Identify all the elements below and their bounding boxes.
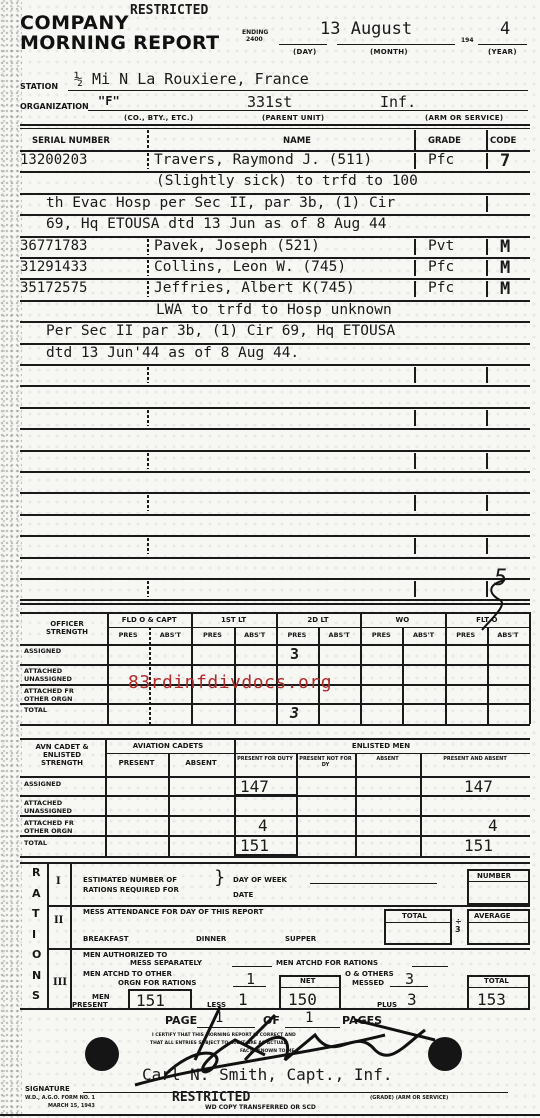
section-roman-2: II <box>54 917 63 925</box>
mess-total-label: TOTAL <box>402 912 427 920</box>
authorized-label-1: MEN AUTHORIZED TO <box>83 951 167 959</box>
remark-line: 69, Hq ETOUSA dtd 13 Jun as of 8 Aug 44 <box>46 216 386 232</box>
roster-row-rule <box>20 407 530 409</box>
year-prefix: 194 <box>461 37 474 45</box>
grade-code-divider <box>486 495 488 511</box>
enlisted-row-label: TOTAL <box>24 839 94 847</box>
rations-section-rule <box>47 948 530 950</box>
roster-row-rule <box>20 364 530 366</box>
atchd-for-rations-field <box>412 966 448 967</box>
report-date: 13 August <box>320 19 412 39</box>
officer-row-label: ATTACHED UNASSIGNED <box>24 667 86 683</box>
rations-roman-divider <box>70 862 72 1008</box>
serial-name-divider <box>147 495 149 511</box>
rations-section-rule <box>47 905 530 907</box>
date-label: DATE <box>233 891 253 899</box>
grade-code-divider <box>486 239 488 255</box>
roster-row-rule <box>20 557 530 559</box>
grade-code-divider <box>486 410 488 426</box>
rations-total-value: 153 <box>477 990 506 1009</box>
officer-row-label: ATTACHED FR OTHER ORGN <box>24 687 86 703</box>
soldier-name: Jeffries, Albert K(745) <box>154 280 355 296</box>
col-header-name: NAME <box>283 137 311 145</box>
officer-column-divider <box>276 612 278 724</box>
name-grade-divider <box>414 367 416 383</box>
officer-row-rule <box>20 664 530 666</box>
enlisted-column-header: ABSENT <box>170 760 232 766</box>
rations-side-letter: S <box>32 992 40 1000</box>
name-grade-divider <box>414 130 416 150</box>
code-value: 7 <box>500 151 510 171</box>
enlisted-row-label: ATTACHED FR OTHER ORGN <box>24 819 94 835</box>
day-of-week-label: DAY OF WEEK <box>233 876 287 884</box>
assigned-present-box <box>234 776 298 796</box>
organization-label: ORGANIZATION <box>20 103 89 111</box>
men-present-label-2: PRESENT <box>72 1001 108 1009</box>
roster-row-rule <box>20 599 530 601</box>
grade-caption: (GRADE) (ARM OR SERVICE) <box>370 1094 448 1102</box>
org-company: "F" <box>98 94 120 108</box>
soldier-name: Pavek, Joseph (521) <box>154 238 320 254</box>
serial-name-divider <box>147 453 149 469</box>
month-underline <box>337 44 455 45</box>
grade-code-divider <box>486 367 488 383</box>
abst-subheader: ABS'T <box>153 631 187 639</box>
soldier-name: Travers, Raymond J. (511) <box>154 152 372 168</box>
abst-subheader: ABS'T <box>406 631 440 639</box>
roster-row-rule <box>20 471 530 473</box>
roster-row-rule <box>20 578 530 580</box>
enlisted-column-header: PRESENT AND ABSENT <box>422 756 528 762</box>
handwritten-mark <box>480 575 520 635</box>
grade-value: Pvt <box>428 238 454 254</box>
pres-subheader: PRES <box>364 631 398 639</box>
grade-code-divider <box>486 196 488 212</box>
enlisted-strength-title: AVN CADET & ENLISTED STRENGTH <box>27 743 97 767</box>
serial-name-divider <box>147 239 149 255</box>
enlisted-value: 4 <box>488 816 498 835</box>
rations-letter-divider <box>47 862 49 1008</box>
col-header-serial: SERIAL NUMBER <box>32 137 110 145</box>
officer-row-rule <box>20 703 530 705</box>
serial-number: 36771783 <box>20 238 87 254</box>
enlisted-column-header: PRESENT NOT FOR DY <box>298 756 353 768</box>
name-grade-divider <box>414 410 416 426</box>
number-label: NUMBER <box>477 872 511 880</box>
others-messed-label-1: O & OTHERS <box>345 970 394 978</box>
serial-number: 31291433 <box>20 259 87 275</box>
signature-line <box>83 1092 508 1093</box>
enlisted-row-label: ASSIGNED <box>24 780 94 788</box>
grade-code-divider <box>486 260 488 276</box>
officer-group-header: FLD O & CAPT <box>110 616 188 624</box>
divide-by-three: ÷ 3 <box>455 918 465 934</box>
mess-total-rule <box>384 922 452 923</box>
officer-column-divider <box>529 612 531 724</box>
signature-label: SIGNATURE <box>25 1085 70 1093</box>
enlisted-column-header: PRESENT <box>107 760 166 766</box>
restricted-stamp-top: RESTRICTED <box>130 3 208 18</box>
officer-column-divider <box>487 627 489 724</box>
enlisted-bottom-rule <box>20 856 530 858</box>
grade-value: Pfc <box>428 259 454 275</box>
enlisted-column-header: ABSENT <box>357 756 418 762</box>
others-messed-label-2: MESSED <box>352 979 384 987</box>
name-grade-divider <box>414 281 416 297</box>
punch-hole-left <box>85 1037 119 1071</box>
org-caption-company: (CO., BTY., ETC.) <box>124 114 193 122</box>
enlisted-column-divider <box>355 753 357 856</box>
serial-name-divider <box>147 130 149 150</box>
serial-name-divider <box>147 410 149 426</box>
serial-name-divider <box>147 281 149 297</box>
officer-top-rule <box>20 612 530 614</box>
form-title-morning-report: MORNING REPORT <box>20 32 219 54</box>
name-grade-divider <box>414 538 416 554</box>
restricted-stamp-bottom: RESTRICTED <box>172 1090 250 1105</box>
grade-value: Pfc <box>428 152 454 168</box>
scan-noise <box>0 0 22 1118</box>
enlisted-value: 4 <box>258 816 268 835</box>
remark-line: LWA to trfd to Hosp unknown <box>156 302 392 318</box>
officer-strength-title: OFFICER STRENGTH <box>37 620 97 636</box>
officer-column-divider <box>107 612 109 724</box>
code-value: M <box>500 279 510 299</box>
abst-subheader: ABS'T <box>238 631 272 639</box>
mess-attendance-label: MESS ATTENDANCE FOR DAY OF THIS REPORT <box>83 908 263 916</box>
name-grade-divider <box>414 239 416 255</box>
handwritten-signature <box>125 1005 445 1090</box>
station-underline <box>68 90 528 91</box>
serial-number: 13200203 <box>20 152 87 168</box>
name-grade-divider <box>414 260 416 276</box>
remark-line: (Slightly sick) to trfd to 100 <box>156 173 418 189</box>
remark-line: dtd 13 Jun'44 as of 8 Aug 44. <box>46 345 299 361</box>
estimated-rations-label: ESTIMATED NUMBER OF <box>83 876 177 884</box>
mess-average-label: AVERAGE <box>474 912 510 920</box>
organization-underline <box>88 110 528 111</box>
rations-side-letter: T <box>32 910 40 918</box>
serial-name-divider <box>147 153 149 169</box>
officer-bottom-rule <box>20 724 530 726</box>
org-parent: 331st <box>247 93 292 111</box>
code-value: M <box>500 258 510 278</box>
roster-row-rule <box>20 535 530 537</box>
col-header-code: CODE <box>490 137 516 145</box>
code-value: M <box>500 237 510 257</box>
roster-row-rule <box>20 450 530 452</box>
officer-row-label: TOTAL <box>24 706 86 714</box>
enlisted-value: 147 <box>464 777 493 796</box>
station-label: STATION <box>20 83 58 91</box>
grade-code-divider <box>486 281 488 297</box>
roster-row-rule <box>20 428 530 430</box>
rations-side-letter: R <box>32 869 40 877</box>
ending-time: 2400 <box>246 36 263 44</box>
enlisted-column-divider <box>168 753 170 856</box>
remark-line: th Evac Hosp per Sec II, par 3b, (1) Cir <box>46 195 395 211</box>
officer-value: 3 <box>290 704 299 722</box>
soldier-name: Collins, Leon W. (745) <box>154 259 346 275</box>
form-number: W.D., A.G.O. FORM NO. 1 <box>25 1094 95 1102</box>
supper-label: SUPPER <box>285 935 316 943</box>
enlisted-top-rule <box>20 738 530 740</box>
serial-name-divider <box>147 367 149 383</box>
atchd-other-label-1: MEN ATCHD TO OTHER <box>83 970 172 978</box>
officer-column-divider <box>445 612 447 724</box>
pres-subheader: PRES <box>195 631 229 639</box>
rations-total-rule <box>467 987 530 988</box>
grade-code-divider <box>486 130 488 150</box>
org-caption-parent: (PARENT UNIT) <box>262 114 324 122</box>
form-date: MARCH 15, 1943 <box>48 1102 95 1110</box>
name-grade-divider <box>414 453 416 469</box>
col-header-grade: GRADE <box>428 137 461 145</box>
roster-row-rule <box>20 514 530 516</box>
enlisted-value: 151 <box>464 836 493 855</box>
serial-name-divider <box>147 581 149 597</box>
atchd-for-rations-label: MEN ATCHD FOR RATIONS <box>276 959 378 967</box>
enlisted-row-rule <box>20 815 530 817</box>
atchd-other-label-2: ORGN FOR RATIONS <box>118 979 196 987</box>
total-present-box <box>234 835 298 856</box>
section-roman-3: III <box>53 979 67 987</box>
report-year: 4 <box>500 19 510 39</box>
enlisted-column-divider <box>105 738 107 856</box>
rations-side-letter: O <box>32 951 41 959</box>
rations-required-label: RATIONS REQUIRED FOR <box>83 886 179 894</box>
roster-row-rule <box>20 385 530 387</box>
breakfast-label: BREAKFAST <box>83 935 129 943</box>
officer-group-header: WO <box>363 616 441 624</box>
net-box-rule <box>279 987 341 988</box>
grade-code-divider <box>486 538 488 554</box>
rations-side-letter: N <box>32 972 41 980</box>
page-bottom-edge <box>0 1114 540 1116</box>
enlisted-column-header: PRESENT FOR DUTY <box>236 756 294 762</box>
name-grade-divider <box>414 495 416 511</box>
morning-report-page: COMPANY MORNING REPORT RESTRICTED ENDING… <box>0 0 540 1118</box>
grade-value: Pfc <box>428 280 454 296</box>
month-caption: (MONTH) <box>370 48 408 56</box>
grade-code-divider <box>486 453 488 469</box>
day-of-week-field <box>310 883 437 884</box>
rations-side-letter: A <box>32 890 41 898</box>
enlisted-row-label: ATTACHED UNASSIGNED <box>24 799 94 815</box>
brace: } <box>214 874 225 882</box>
rations-top-rule <box>20 862 530 864</box>
remark-line: Per Sec II par 3b, (1) Cir 69, Hq ETOUSA <box>46 323 395 339</box>
roster-top-rule <box>20 124 530 126</box>
grade-code-divider <box>486 153 488 169</box>
section-roman-1: I <box>56 878 61 886</box>
roster-top-rule-2 <box>20 128 530 129</box>
authorized-label-2: MESS SEPARATELY <box>130 959 202 967</box>
name-grade-divider <box>414 153 416 169</box>
day-caption: (DAY) <box>293 48 317 56</box>
pres-subheader: PRES <box>449 631 483 639</box>
roster-row-rule <box>20 492 530 494</box>
form-title-company: COMPANY <box>20 12 129 34</box>
number-box-rule <box>467 881 530 882</box>
aviation-cadets-header: AVIATION CADETS <box>108 742 228 750</box>
officer-row-label: ASSIGNED <box>24 647 86 655</box>
rations-side-letter: I <box>32 931 36 939</box>
enlisted-men-header: ENLISTED MEN <box>236 742 526 750</box>
authorized-field <box>232 966 272 967</box>
roster-bottom-rule <box>20 603 530 605</box>
enlisted-column-divider <box>420 753 422 856</box>
mess-average-rule <box>467 922 530 923</box>
day-underline <box>279 44 327 45</box>
officer-row-rule <box>20 644 530 646</box>
dinner-label: DINNER <box>196 935 226 943</box>
org-caption-arm: (ARM OR SERVICE) <box>425 114 503 122</box>
men-present-label-1: MEN <box>92 993 110 1001</box>
others-messed-value: 3 <box>405 970 414 988</box>
officer-group-header: 2D LT <box>279 616 357 624</box>
watermark: 83rdinfdivdocs.org <box>128 672 332 693</box>
serial-number: 35172575 <box>20 280 87 296</box>
officer-value: 3 <box>290 645 299 663</box>
officer-column-divider <box>191 612 193 724</box>
pres-subheader: PRES <box>111 631 145 639</box>
abst-subheader: ABS'T <box>322 631 356 639</box>
officer-column-divider <box>360 612 362 724</box>
year-caption: (YEAR) <box>488 48 517 56</box>
officer-group-header: 1ST LT <box>194 616 272 624</box>
year-underline <box>478 44 527 45</box>
org-arm: Inf. <box>380 93 416 111</box>
serial-name-divider <box>147 260 149 276</box>
pres-subheader: PRES <box>280 631 314 639</box>
name-grade-divider <box>414 581 416 597</box>
net-label: NET <box>300 977 315 985</box>
rations-total-label: TOTAL <box>484 977 509 985</box>
stamp-note: WD COPY TRANSFERRED OR SCD <box>205 1104 316 1112</box>
atchd-other-value: 1 <box>246 970 255 988</box>
officer-column-divider <box>402 627 404 724</box>
station-value: ½ Mi N La Rouxiere, France <box>74 70 309 88</box>
serial-name-divider <box>147 538 149 554</box>
